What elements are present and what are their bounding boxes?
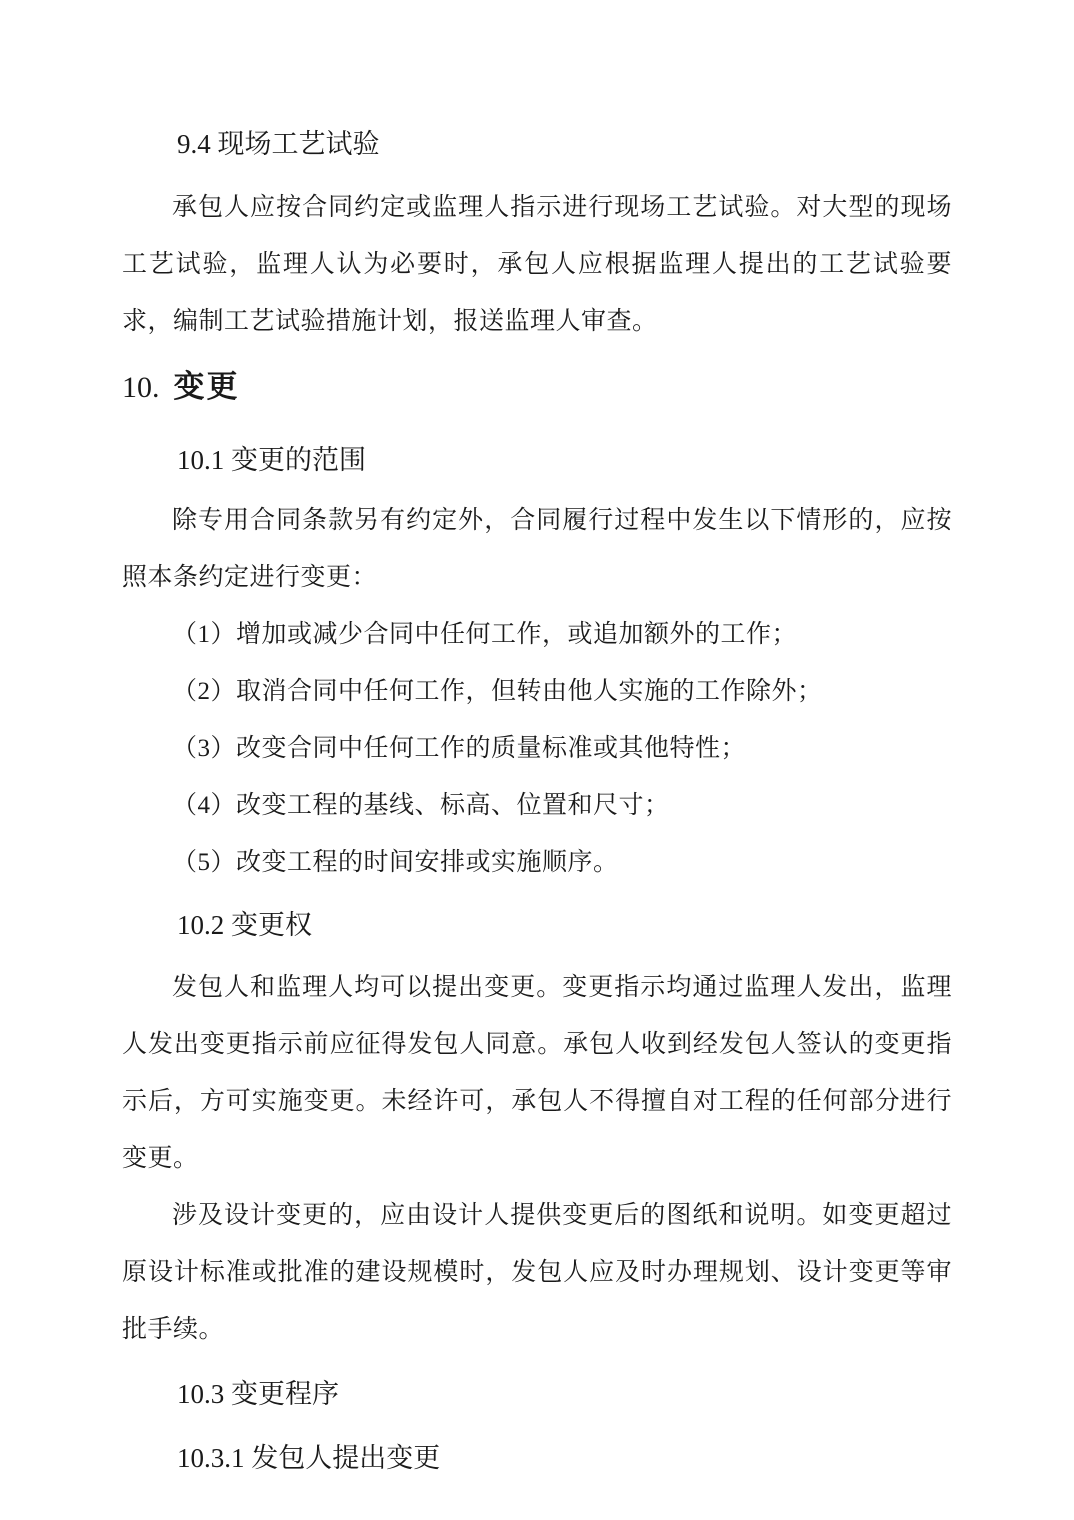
- chapter-number: 10.: [122, 371, 160, 404]
- chapter-heading-10: 10.变更: [122, 358, 952, 416]
- paragraph-10-1: 除专用合同条款另有约定外，合同履行过程中发生以下情形的，应按照本条约定进行变更：: [122, 492, 952, 606]
- section-heading-10-3: 10.3 变更程序: [177, 1366, 952, 1423]
- paragraph-9-4: 承包人应按合同约定或监理人指示进行现场工艺试验。对大型的现场工艺试验，监理人认为…: [122, 179, 952, 350]
- section-heading-10-1: 10.1 变更的范围: [177, 432, 952, 489]
- list-item-5: （5）改变工程的时间安排或实施顺序。: [122, 834, 952, 891]
- section-heading-10-2: 10.2 变更权: [177, 897, 952, 954]
- list-item-2: （2）取消合同中任何工作，但转由他人实施的工作除外；: [122, 663, 952, 720]
- chapter-title: 变更: [174, 369, 240, 404]
- section-heading-9-4: 9.4 现场工艺试验: [177, 116, 952, 173]
- list-item-4: （4）改变工程的基线、标高、位置和尺寸；: [122, 777, 952, 834]
- paragraph-10-2-1: 发包人和监理人均可以提出变更。变更指示均通过监理人发出，监理人发出变更指示前应征…: [122, 959, 952, 1187]
- paragraph-10-2-2: 涉及设计变更的，应由设计人提供变更后的图纸和说明。如变更超过原设计标准或批准的建…: [122, 1187, 952, 1358]
- list-item-1: （1）增加或减少合同中任何工作，或追加额外的工作；: [122, 606, 952, 663]
- section-heading-10-3-1: 10.3.1 发包人提出变更: [177, 1430, 952, 1487]
- list-item-3: （3）改变合同中任何工作的质量标准或其他特性；: [122, 720, 952, 777]
- document-page: 9.4 现场工艺试验 承包人应按合同约定或监理人指示进行现场工艺试验。对大型的现…: [0, 0, 1074, 1520]
